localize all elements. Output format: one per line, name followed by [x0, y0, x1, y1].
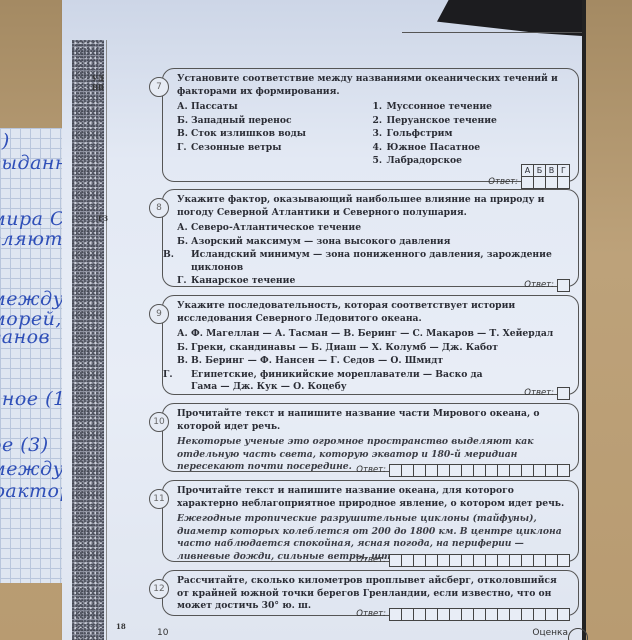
option-item: А.Пассаты — [177, 101, 373, 114]
strip-mark: УД — [92, 74, 104, 83]
option-item: 1.Муссонное течение — [373, 101, 569, 114]
task-8: 8 Укажите фактор, оказывающий наибольшее… — [162, 189, 579, 287]
option-item: 2.Перуанское течение — [373, 115, 569, 128]
answer-cells[interactable] — [390, 554, 570, 567]
task-question: Укажите фактор, оказывающий наибольшее в… — [163, 190, 578, 219]
task-number: 9 — [149, 304, 169, 324]
divider-line — [106, 40, 107, 640]
answer-label: Ответ: — [356, 464, 386, 477]
handwriting-line: а) — [0, 130, 10, 152]
option-item: Б.Греки, скандинавы — Б. Диаш — Х. Колум… — [177, 342, 568, 355]
option-item: В.В. Беринг — Ф. Нансен — Г. Седов — О. … — [177, 355, 568, 368]
strip-mark: ГЗ — [98, 214, 108, 223]
answer-area: Ответ: — [356, 464, 570, 477]
redacted-area — [437, 0, 582, 36]
task-question: Прочитайте текст и напишите название оке… — [163, 481, 578, 510]
answer-grid: А Б В Г — [522, 164, 570, 189]
answer-area: Ответ: А Б В Г — [488, 164, 570, 189]
task-question: Установите соответствие между названиями… — [163, 69, 578, 98]
answer-cell[interactable] — [557, 279, 570, 292]
handwriting-line: еанов — [0, 326, 50, 348]
answer-area: Ответ: — [524, 279, 570, 292]
task-12: 12 Рассчитайте, сколько километров пропл… — [162, 570, 579, 616]
torn-binding-strip — [72, 40, 104, 640]
strip-mark: 18 — [116, 622, 126, 631]
answer-cells[interactable] — [390, 464, 570, 477]
task-question: Укажите последовательность, которая соот… — [163, 296, 578, 325]
option-item: Б.Азорский максимум — зона высокого давл… — [177, 236, 568, 249]
answer-cell[interactable] — [557, 176, 570, 189]
answer-area: Ответ: — [524, 387, 570, 400]
option-item: 4.Южное Пасатное — [373, 142, 569, 155]
right-options: 1.Муссонное течение 2.Перуанское течение… — [373, 101, 569, 169]
task-number: 10 — [149, 412, 169, 432]
left-options: А.Пассаты Б.Западный перенос В.Сток изли… — [177, 101, 373, 169]
answer-label: Ответ: — [488, 176, 518, 189]
task-11: 11 Прочитайте текст и напишите название … — [162, 480, 579, 562]
option-item: В.Исландский минимум — зона пониженного … — [177, 249, 568, 274]
option-item: А.Ф. Магеллан — А. Тасман — В. Беринг — … — [177, 328, 568, 341]
answer-label: Ответ: — [356, 608, 386, 621]
worksheet-page: УД ВВ ГЗ 18 7 Установите соответствие ме… — [62, 0, 582, 640]
task-9: 9 Укажите последовательность, которая со… — [162, 295, 579, 395]
handwriting-line: мира С — [0, 208, 65, 230]
divider-line — [402, 32, 582, 33]
answer-cells[interactable] — [390, 608, 570, 621]
option-item: Г.Египетские, финикийские мореплаватели … — [177, 369, 568, 394]
option-item: Г.Сезонные ветры — [177, 142, 373, 155]
page-number: 10 — [157, 628, 168, 638]
task-question: Рассчитайте, сколько километров проплыве… — [163, 571, 578, 613]
grade-label: Оценка — [532, 628, 568, 638]
option-item: 3.Гольфстрим — [373, 128, 569, 141]
task-number: 11 — [149, 489, 169, 509]
task-question: Прочитайте текст и напишите название час… — [163, 404, 578, 433]
task-7: 7 Установите соответствие между названия… — [162, 68, 579, 182]
strip-mark: ВВ — [92, 83, 104, 92]
handwriting-line: ое (3) — [0, 434, 49, 456]
option-item: А.Северо-Атлантическое течение — [177, 222, 568, 235]
page-edge — [582, 0, 586, 640]
answer-area: Ответ: — [356, 554, 570, 567]
option-item: Г.Канарское течение — [177, 275, 568, 288]
task-number: 12 — [149, 579, 169, 599]
option-item: Б.Западный перенос — [177, 115, 373, 128]
answer-label: Ответ: — [524, 387, 554, 400]
task-10: 10 Прочитайте текст и напишите название … — [162, 403, 579, 472]
answer-label: Ответ: — [524, 279, 554, 292]
answer-area: Ответ: — [356, 608, 570, 621]
task-number: 7 — [149, 77, 169, 97]
answer-label: Ответ: — [356, 554, 386, 567]
option-item: В.Сток излишков воды — [177, 128, 373, 141]
task-number: 8 — [149, 198, 169, 218]
answer-cell[interactable] — [557, 387, 570, 400]
